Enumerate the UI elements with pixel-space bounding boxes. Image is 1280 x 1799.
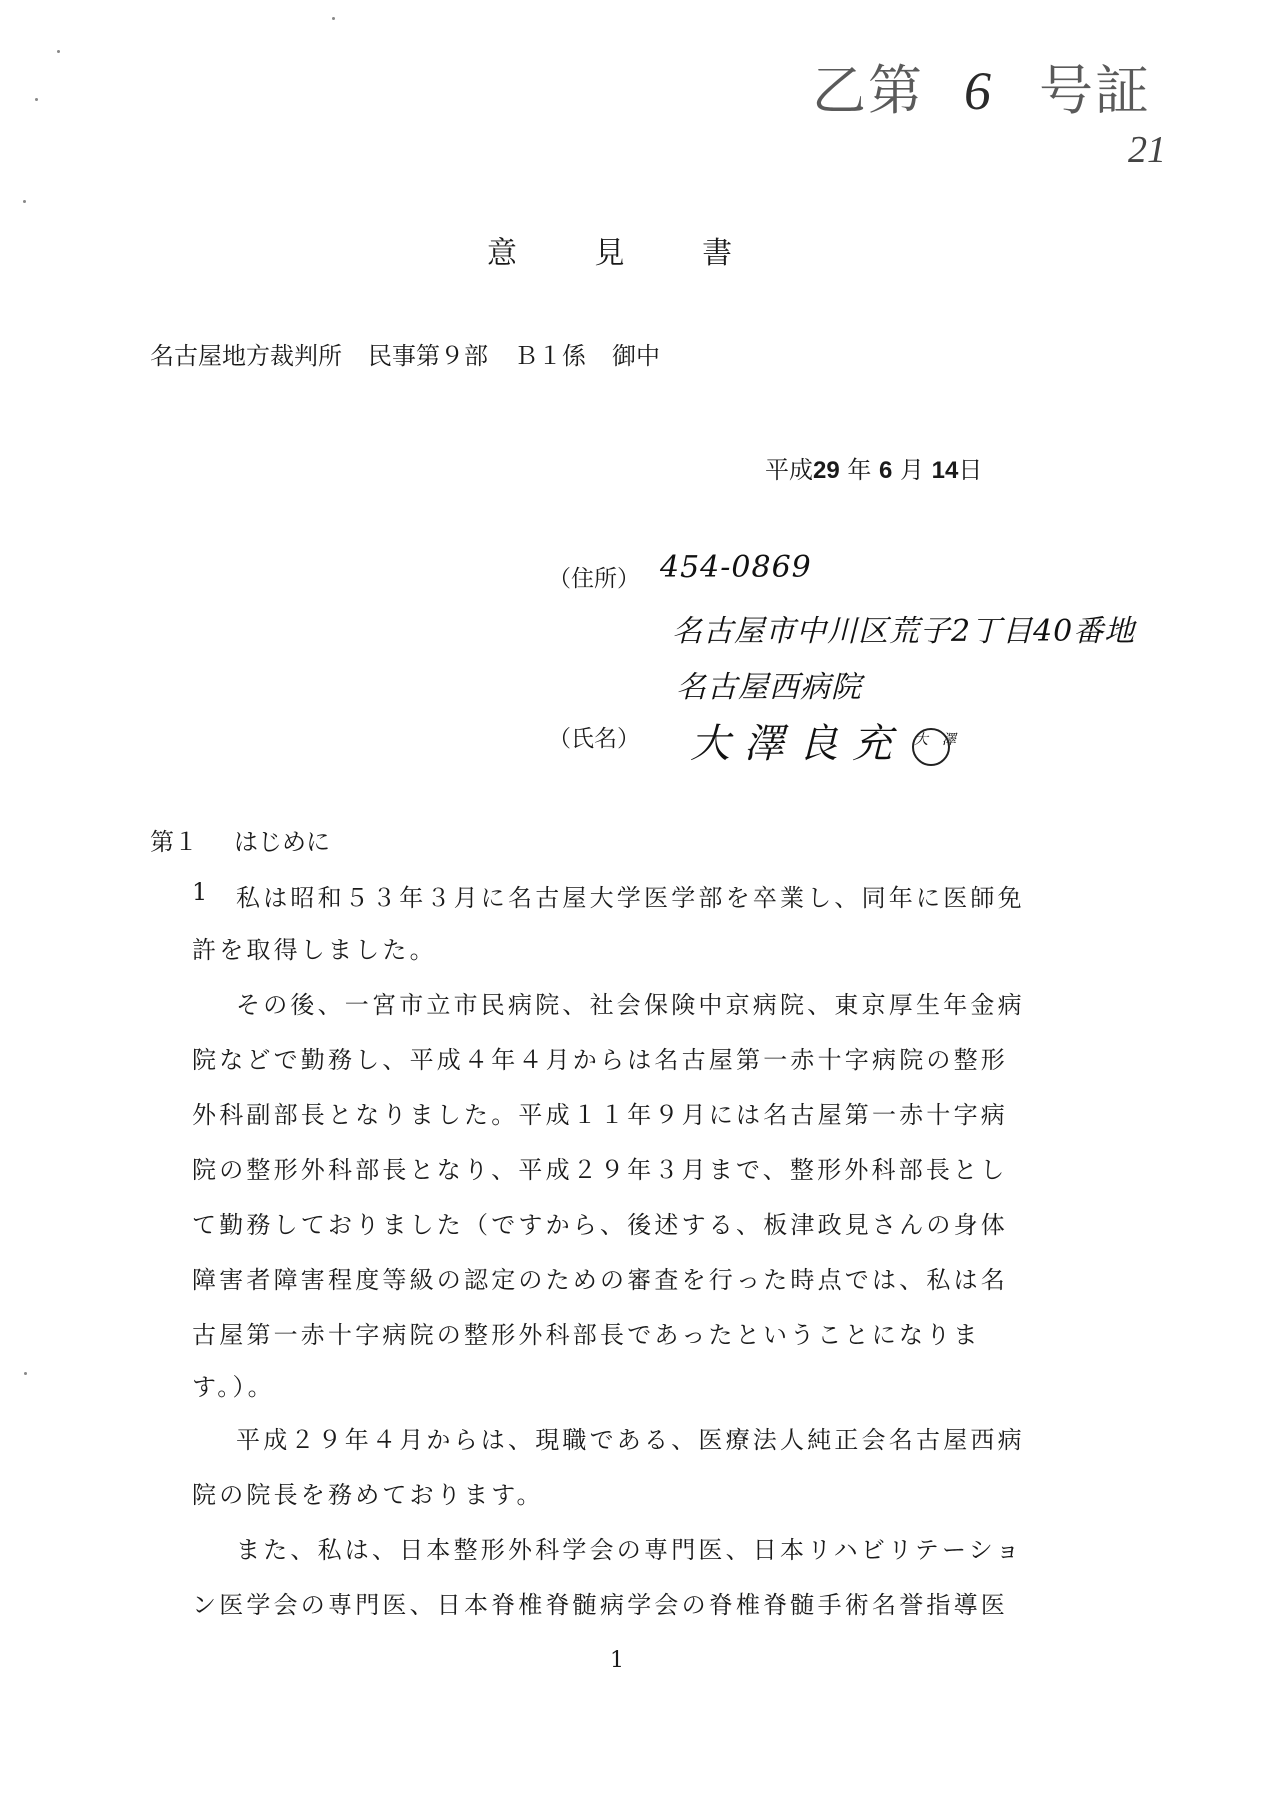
scan-speck xyxy=(332,17,335,20)
date-day-unit: 日 xyxy=(958,456,982,484)
date-month-unit: 月 xyxy=(900,456,924,484)
scan-speck xyxy=(57,50,60,53)
body-line: す。）。 xyxy=(192,1367,275,1402)
body-line: ン医学会の専門医、日本脊椎脊髄病学会の脊椎脊髄手術名誉指導医 xyxy=(192,1585,1008,1620)
date-day: 14 xyxy=(932,457,959,484)
exhibit-number: 6 xyxy=(964,61,993,121)
body-line: 障害者障害程度等級の認定のための審査を行った時点では、私は名 xyxy=(192,1260,1008,1295)
postal-code: 454-0869 xyxy=(660,550,812,585)
honorific: 御中 xyxy=(612,342,660,370)
section-heading-number: 第１ xyxy=(150,828,198,856)
signature: 大澤良充大澤 xyxy=(690,712,950,769)
body-line: 私は昭和５３年３月に名古屋大学医学部を卒業し、同年に医師免 xyxy=(236,878,1025,913)
body-line: 許を取得しました。 xyxy=(192,930,437,965)
scan-speck xyxy=(23,200,26,203)
document-date: 平成29 年 6 月 14日 xyxy=(765,450,982,485)
date-year-unit: 年 xyxy=(847,456,871,484)
document-title: 意 見 書 xyxy=(487,228,766,272)
paragraph-number: 1 xyxy=(192,878,210,906)
scan-speck xyxy=(35,98,38,101)
name-label: （氏名） xyxy=(548,720,640,753)
exhibit-stamp: 乙第6号証 xyxy=(812,48,1151,125)
page-number: 1 xyxy=(610,1648,624,1673)
body-line: 古屋第一赤十字病院の整形外科部長であったということになりま xyxy=(192,1315,981,1350)
body-line: 院の整形外科部長となり、平成２９年３月まで、整形外科部長とし xyxy=(192,1150,1008,1185)
address-street: 名古屋市中川区荒子2丁目40番地 xyxy=(672,606,1135,650)
date-era: 平成 xyxy=(765,456,813,484)
court-name: 名古屋地方裁判所 xyxy=(150,342,342,370)
section-code: Ｂ１係 xyxy=(514,342,586,370)
body-line: て勤務しておりました（ですから、後述する、板津政見さんの身体 xyxy=(192,1205,1008,1240)
body-line: 外科副部長となりました。平成１１年９月には名古屋第一赤十字病 xyxy=(192,1095,1008,1130)
address-hospital: 名古屋西病院 xyxy=(676,662,862,706)
addressee: 名古屋地方裁判所民事第９部Ｂ１係御中 xyxy=(150,336,686,371)
signature-name: 大澤良充 xyxy=(690,721,906,767)
body-line: 院などで勤務し、平成４年４月からは名古屋第一赤十字病院の整形 xyxy=(192,1040,1008,1075)
section-heading-title: はじめに xyxy=(234,828,330,856)
date-year: 29 xyxy=(813,457,840,484)
body-line: 平成２９年４月からは、現職である、医療法人純正会名古屋西病 xyxy=(236,1420,1025,1455)
body-line: また、私は、日本整形外科学会の専門医、日本リハビリテーショ xyxy=(236,1530,1023,1565)
body-line: その後、一宮市立市民病院、社会保険中京病院、東京厚生年金病 xyxy=(236,985,1025,1020)
section-heading: 第１はじめに xyxy=(150,822,330,857)
handwritten-page-mark: 21 xyxy=(1128,128,1166,172)
date-month: 6 xyxy=(879,457,892,484)
address-label: （住所） xyxy=(548,560,640,593)
exhibit-suffix: 号証 xyxy=(1039,59,1151,122)
division: 民事第９部 xyxy=(368,342,488,370)
scan-speck xyxy=(24,1372,27,1375)
body-line: 院の院長を務めております。 xyxy=(192,1475,544,1510)
seal-icon: 大澤 xyxy=(912,728,950,766)
exhibit-prefix: 乙第 xyxy=(812,59,924,122)
